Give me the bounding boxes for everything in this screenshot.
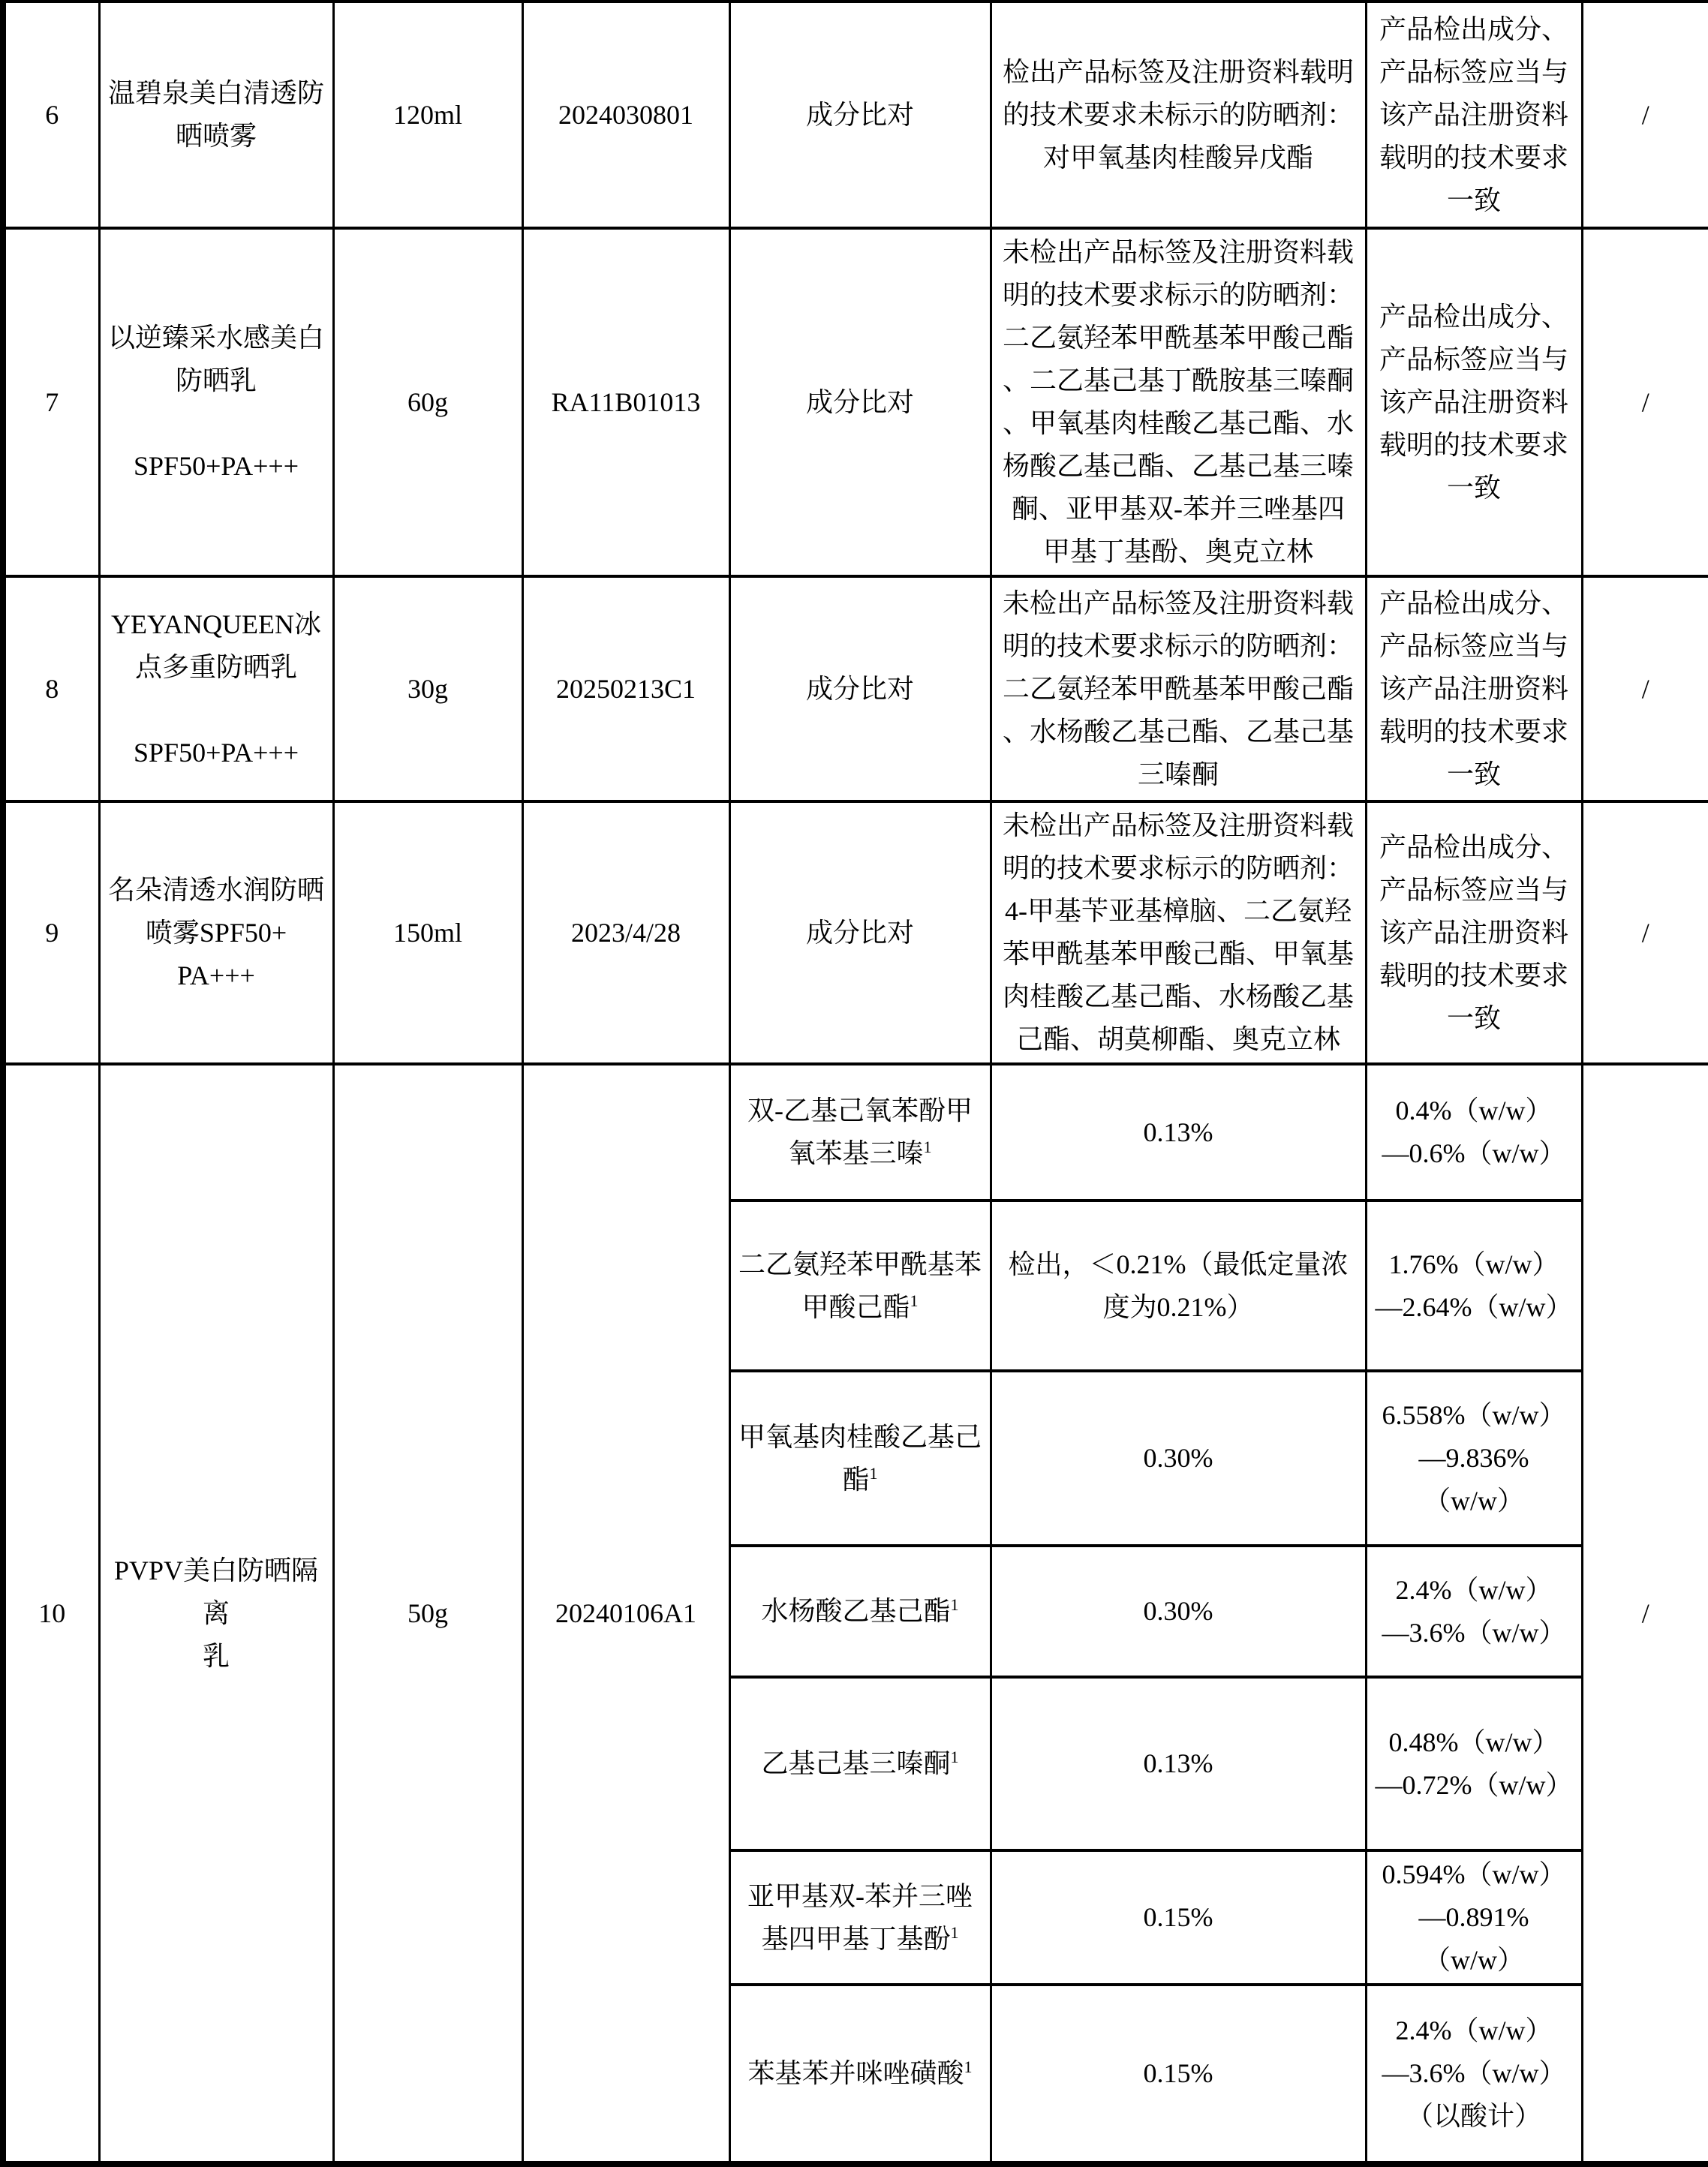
item-text: 甲氧基肉桂酸乙基己 酯 — [738, 1422, 982, 1495]
test-item-cell: 成分比对 — [729, 576, 991, 801]
remark-cell: / — [1582, 2, 1708, 228]
requirement-cell: 0.594%（w/w） —0.891% （w/w） — [1366, 1850, 1582, 1985]
test-item-cell: 甲氧基肉桂酸乙基己 酯1 — [729, 1371, 991, 1546]
test-item-cell: 成分比对 — [729, 801, 991, 1064]
batch-number-cell: 2023/4/28 — [522, 801, 729, 1064]
test-item-cell: 亚甲基双-苯并三唑 基四甲基丁基酚1 — [729, 1850, 991, 1985]
remark-cell: / — [1582, 576, 1708, 801]
table-row: 8 YEYANQUEEN冰 点多重防晒乳 SPF50+PA+++ 30g 202… — [3, 576, 1708, 801]
requirement-cell: 6.558%（w/w） —9.836% （w/w） — [1366, 1371, 1582, 1546]
test-result-cell: 0.15% — [991, 1850, 1366, 1985]
test-item-cell: 水杨酸乙基己酯1 — [729, 1546, 991, 1677]
product-name-cell: PVPV美白防晒隔离 乳 — [99, 1064, 333, 2164]
test-result-cell: 未检出产品标签及注册资料载 明的技术要求标示的防晒剂： 二乙氨羟苯甲酰基苯甲酸己… — [991, 576, 1366, 801]
test-item-cell: 乙基己基三嗪酮1 — [729, 1677, 991, 1850]
test-item-cell: 成分比对 — [729, 228, 991, 576]
row-number-cell: 10 — [3, 1064, 99, 2164]
requirement-cell: 2.4%（w/w） —3.6%（w/w） （以酸计） — [1366, 1985, 1582, 2164]
table-row: 7 以逆臻采水感美白 防晒乳 SPF50+PA+++ 60g RA11B0101… — [3, 228, 1708, 576]
footnote-marker: 1 — [910, 1291, 919, 1310]
batch-number-cell: 20240106A1 — [522, 1064, 729, 2164]
row-number-cell: 7 — [3, 228, 99, 576]
item-text: 水杨酸乙基己酯 — [761, 1596, 950, 1626]
batch-number-cell: RA11B01013 — [522, 228, 729, 576]
table-row: 10 PVPV美白防晒隔离 乳 50g 20240106A1 双-乙基己氧苯酚甲… — [3, 1064, 1708, 1201]
batch-number-cell: 20250213C1 — [522, 576, 729, 801]
product-name-cell: YEYANQUEEN冰 点多重防晒乳 SPF50+PA+++ — [99, 576, 333, 801]
test-item-cell: 苯基苯并咪唑磺酸1 — [729, 1985, 991, 2164]
requirement-cell: 1.76%（w/w） —2.64%（w/w） — [1366, 1201, 1582, 1371]
requirement-cell: 产品检出成分、 产品标签应当与 该产品注册资料 载明的技术要求 一致 — [1366, 801, 1582, 1064]
item-text: 二乙氨羟苯甲酰基苯 甲酸己酯 — [738, 1249, 982, 1322]
product-name-cell: 名朵清透水润防晒 喷雾SPF50+ PA+++ — [99, 801, 333, 1064]
item-text: 乙基己基三嗪酮 — [761, 1748, 950, 1778]
remark-cell: / — [1582, 801, 1708, 1064]
item-text: 亚甲基双-苯并三唑 基四甲基丁基酚 — [747, 1881, 973, 1954]
batch-number-cell: 2024030801 — [522, 2, 729, 228]
remark-cell: / — [1582, 1064, 1708, 2164]
test-item-cell: 二乙氨羟苯甲酰基苯 甲酸己酯1 — [729, 1201, 991, 1371]
net-content-cell: 50g — [333, 1064, 522, 2164]
test-result-cell: 检出产品标签及注册资料载明 的技术要求未标示的防晒剂： 对甲氧基肉桂酸异戊酯 — [991, 2, 1366, 228]
table-row: 9 名朵清透水润防晒 喷雾SPF50+ PA+++ 150ml 2023/4/2… — [3, 801, 1708, 1064]
product-name-cell: 温碧泉美白清透防 晒喷雾 — [99, 2, 333, 228]
footnote-marker: 1 — [951, 1595, 959, 1614]
table-row: 6 温碧泉美白清透防 晒喷雾 120ml 2024030801 成分比对 检出产… — [3, 2, 1708, 228]
test-result-cell: 0.15% — [991, 1985, 1366, 2164]
product-name-cell: 以逆臻采水感美白 防晒乳 SPF50+PA+++ — [99, 228, 333, 576]
row-number-cell: 8 — [3, 576, 99, 801]
item-text: 双-乙基己氧苯酚甲 氧苯基三嗪 — [747, 1096, 973, 1168]
footnote-marker: 1 — [870, 1464, 878, 1483]
test-result-cell: 检出，＜0.21%（最低定量浓 度为0.21%） — [991, 1201, 1366, 1371]
test-result-cell: 0.30% — [991, 1371, 1366, 1546]
requirement-cell: 产品检出成分、 产品标签应当与 该产品注册资料 载明的技术要求 一致 — [1366, 228, 1582, 576]
footnote-marker: 1 — [964, 2057, 973, 2076]
test-item-cell: 双-乙基己氧苯酚甲 氧苯基三嗪1 — [729, 1064, 991, 1201]
requirement-cell: 0.4%（w/w） —0.6%（w/w） — [1366, 1064, 1582, 1201]
footnote-marker: 1 — [951, 1923, 959, 1942]
footnote-marker: 1 — [924, 1138, 932, 1156]
footnote-marker: 1 — [951, 1748, 959, 1766]
test-result-cell: 未检出产品标签及注册资料载 明的技术要求标示的防晒剂： 4-甲基苄亚基樟脑、二乙… — [991, 801, 1366, 1064]
test-result-cell: 0.13% — [991, 1064, 1366, 1201]
test-item-cell: 成分比对 — [729, 2, 991, 228]
net-content-cell: 60g — [333, 228, 522, 576]
requirement-cell: 产品检出成分、 产品标签应当与 该产品注册资料 载明的技术要求 一致 — [1366, 2, 1582, 228]
test-result-cell: 0.30% — [991, 1546, 1366, 1677]
requirement-cell: 2.4%（w/w） —3.6%（w/w） — [1366, 1546, 1582, 1677]
requirement-cell: 产品检出成分、 产品标签应当与 该产品注册资料 载明的技术要求 一致 — [1366, 576, 1582, 801]
row-number-cell: 6 — [3, 2, 99, 228]
net-content-cell: 30g — [333, 576, 522, 801]
net-content-cell: 150ml — [333, 801, 522, 1064]
net-content-cell: 120ml — [333, 2, 522, 228]
sunscreen-test-results-table: 6 温碧泉美白清透防 晒喷雾 120ml 2024030801 成分比对 检出产… — [0, 0, 1708, 2167]
remark-cell: / — [1582, 228, 1708, 576]
row-number-cell: 9 — [3, 801, 99, 1064]
item-text: 苯基苯并咪唑磺酸 — [747, 2058, 964, 2088]
requirement-cell: 0.48%（w/w） —0.72%（w/w） — [1366, 1677, 1582, 1850]
test-result-cell: 未检出产品标签及注册资料载 明的技术要求标示的防晒剂： 二乙氨羟苯甲酰基苯甲酸己… — [991, 228, 1366, 576]
test-result-cell: 0.13% — [991, 1677, 1366, 1850]
